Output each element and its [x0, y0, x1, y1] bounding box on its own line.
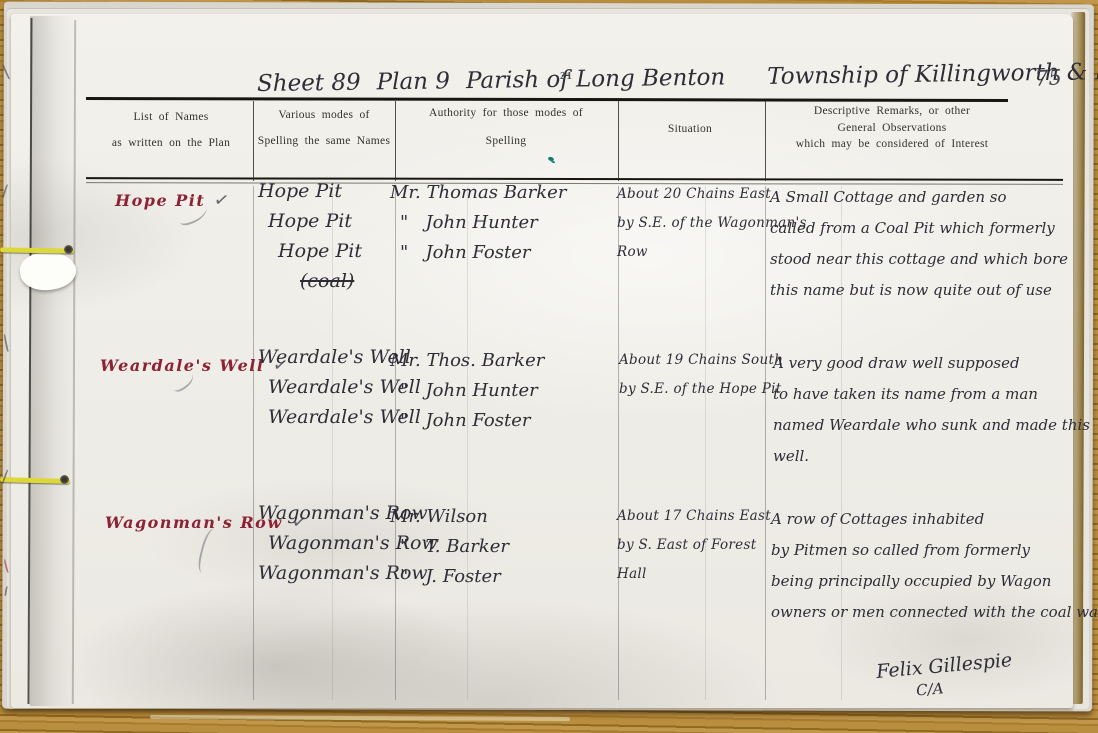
- binding-hole: [60, 475, 69, 484]
- remarks-line: stood near this cottage and which bore: [770, 252, 1068, 283]
- parish-label: Parish of Long Benton: [466, 64, 726, 94]
- remarks-line: A Small Cottage and garden so: [770, 190, 1068, 221]
- sheet-label: Sheet 89: [257, 70, 361, 97]
- check-mark-icon: ✓: [213, 189, 232, 212]
- folio-number: 75: [1034, 65, 1062, 91]
- authority-line: " John Foster: [400, 412, 544, 442]
- header-bottom-rule-2: [86, 182, 1063, 185]
- column-divider-body: [253, 186, 254, 700]
- remarks-line: called from a Coal Pit which formerly: [770, 221, 1068, 252]
- spellings-cell: Hope Pit Hope Pit Hope Pit (coal): [258, 182, 362, 302]
- authority-line: " John Hunter: [400, 382, 544, 412]
- authority-cell: Mr. Thos. Barker " John Hunter " John Fo…: [390, 352, 544, 442]
- authority-line: Mr. Thomas Barker: [390, 184, 566, 214]
- ink-speck: [547, 156, 554, 162]
- spelling-line-struck: (coal): [300, 272, 362, 302]
- column-divider: [618, 101, 619, 181]
- column-header-authority: Authority for those modes of Spelling: [396, 108, 616, 147]
- column-header-line: Various modes of: [234, 110, 414, 122]
- column-header-spelling-modes: Various modes of Spelling the same Names: [234, 110, 414, 147]
- remarks-line: A very good draw well supposed: [773, 356, 1090, 387]
- binding-string: [0, 247, 74, 253]
- authority-line: " J. Foster: [400, 568, 509, 598]
- column-header-line: which may be considered of Interest: [772, 139, 1012, 151]
- column-header-situation: Situation: [620, 124, 760, 136]
- situation-line: About 17 Chains East: [617, 510, 771, 539]
- remarks-line: being principally occupied by Wagon: [771, 574, 1098, 605]
- situation-line: About 19 Chains South: [619, 354, 783, 383]
- table-top-rule: [86, 97, 1008, 102]
- remarks-line: this name but is now quite out of use: [770, 283, 1068, 314]
- authority-cell: Mr. Thomas Barker " John Hunter " John F…: [390, 184, 566, 274]
- column-header-line: General Observations: [772, 123, 1012, 135]
- remarks-line: named Weardale who sunk and made this: [773, 418, 1090, 449]
- column-header-line: Authority for those modes of: [396, 108, 616, 120]
- remarks-line: owners or men connected with the coal wa…: [771, 605, 1098, 636]
- pencil-tick: [196, 527, 223, 576]
- column-header-line: Descriptive Remarks, or other: [772, 106, 1012, 118]
- sheet-header: Sheet 89Plan 9Parish of Long BentonTowns…: [257, 57, 1098, 97]
- spelling-line: Hope Pit: [278, 242, 362, 272]
- remarks-line: A row of Cottages inhabited: [771, 512, 1098, 543]
- binding-gutter-shadow: [30, 16, 76, 706]
- stamp-number: 21: [560, 70, 573, 82]
- plan-name: Wagonman's Row: [105, 513, 283, 532]
- remarks-line: by Pitmen so called from formerly: [771, 543, 1098, 574]
- column-header-line: Situation: [620, 124, 760, 136]
- authority-line: Mr. Wilson: [390, 508, 509, 538]
- authority-cell: Mr. Wilson " T. Barker " J. Foster: [390, 508, 509, 598]
- authority-line: Mr. Thos. Barker: [390, 352, 544, 382]
- header-bottom-rule: [86, 177, 1063, 181]
- remarks-cell: A very good draw well supposed to have t…: [773, 356, 1090, 480]
- column-header-remarks: Descriptive Remarks, or other General Ob…: [772, 106, 1012, 151]
- binding-hole: [64, 245, 73, 254]
- desk-highlight: [150, 715, 570, 721]
- scanned-name-book-page: Sheet 89Plan 9Parish of Long BentonTowns…: [0, 0, 1098, 733]
- situation-line: by S.E. of the Hope Pit: [619, 383, 783, 412]
- situation-line: by S. East of Forest: [617, 539, 771, 568]
- column-divider: [765, 101, 766, 181]
- column-header-line: Spelling the same Names: [234, 136, 414, 148]
- situation-cell: About 17 Chains East by S. East of Fores…: [617, 510, 771, 597]
- plan-name-cell: Hope Pit✓: [115, 190, 229, 211]
- ledger-page: Sheet 89Plan 9Parish of Long BentonTowns…: [11, 14, 1073, 708]
- situation-line: Hall: [617, 568, 771, 597]
- examiner-signature: Felix Gillespie C/A: [875, 649, 1014, 703]
- authority-line: " John Hunter: [400, 214, 566, 244]
- authority-line: " T. Barker: [400, 538, 509, 568]
- authority-line: " John Foster: [400, 244, 566, 274]
- spelling-line: Hope Pit: [258, 182, 362, 212]
- plan-label: Plan 9: [376, 68, 450, 95]
- spelling-line: Hope Pit: [268, 212, 362, 242]
- column-header-line: Spelling: [396, 136, 616, 148]
- remarks-line: well.: [773, 449, 1090, 480]
- situation-cell: About 19 Chains South by S.E. of the Hop…: [619, 354, 783, 412]
- remarks-cell: A Small Cottage and garden so called fro…: [770, 190, 1068, 314]
- remarks-line: to have taken its name from a man: [773, 387, 1090, 418]
- remarks-cell: A row of Cottages inhabited by Pitmen so…: [771, 512, 1098, 636]
